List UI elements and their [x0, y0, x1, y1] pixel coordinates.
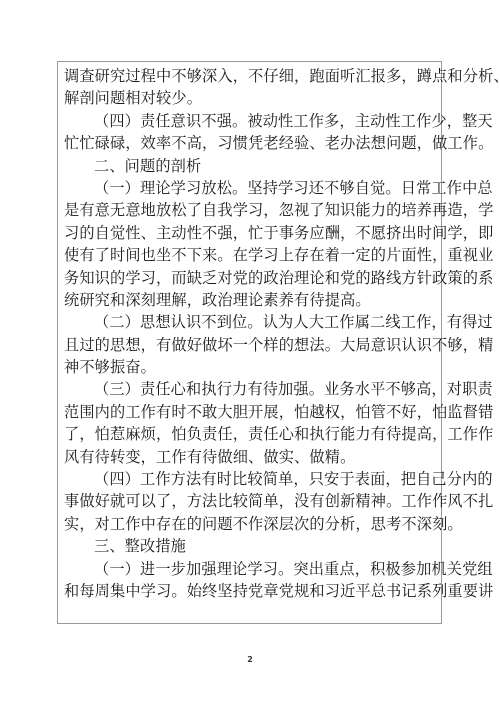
text-line: 解剖问题相对较少。 — [64, 87, 438, 109]
text-line: 忙忙碌碌，效率不高，习惯凭老经验、老办法想问题，做工作。 — [64, 132, 438, 154]
text-line: 是有意无意地放松了自我学习，忽视了知识能力的培养再造，学 — [64, 199, 438, 221]
page-number: 2 — [0, 655, 500, 664]
text-line: 范围内的工作有时不敢大胆开展，怕越权，怕管不好，怕监督错 — [64, 401, 438, 423]
text-line: （四）工作方法有时比较简单，只安于表面，把自己分内的 — [64, 468, 438, 490]
text-line: 事做好就可以了，方法比较简单，没有创新精神。工作作风不扎 — [64, 490, 438, 512]
text-line: 使有了时间也坐不下来。在学习上存在着一定的片面性，重视业 — [64, 244, 438, 266]
text-line: 三、整改措施 — [64, 535, 438, 557]
text-line: 神不够振奋。 — [64, 356, 438, 378]
document-text-frame: 调查研究过程中不够深入，不仔细，跑面听汇报多，蹲点和分析、解剖问题相对较少。（四… — [57, 61, 442, 624]
text-line: 和每周集中学习。始终坚持党章党规和习近平总书记系列重要讲 — [64, 580, 438, 602]
text-line: 且过的思想，有做好做坏一个样的想法。大局意识认识不够，精 — [64, 334, 438, 356]
text-line: 二、问题的剖析 — [64, 155, 438, 177]
text-line: 统研究和深刻理解，政治理论素养有待提高。 — [64, 289, 438, 311]
text-line: 务知识的学习，而缺乏对党的政治理论和党的路线方针政策的系 — [64, 267, 438, 289]
text-line: 习的自觉性、主动性不强，忙于事务应酬，不愿挤出时间学，即 — [64, 222, 438, 244]
text-line: 风有待转变，工作有待做细、做实、做精。 — [64, 446, 438, 468]
text-line: （一）进一步加强理论学习。突出重点，积极参加机关党组 — [64, 558, 438, 580]
text-line: 调查研究过程中不够深入，不仔细，跑面听汇报多，蹲点和分析、 — [64, 65, 438, 87]
text-line: （一）理论学习放松。坚持学习还不够自觉。日常工作中总 — [64, 177, 438, 199]
text-line: 了，怕惹麻烦，怕负责任，责任心和执行能力有待提高，工作作 — [64, 423, 438, 445]
text-line: 实，对工作中存在的问题不作深层次的分析，思考不深刻。 — [64, 513, 438, 535]
document-body: 调查研究过程中不够深入，不仔细，跑面听汇报多，蹲点和分析、解剖问题相对较少。（四… — [64, 65, 438, 602]
text-line: （二）思想认识不到位。认为人大工作属二线工作，有得过 — [64, 311, 438, 333]
text-line: （三）责任心和执行力有待加强。业务水平不够高，对职责 — [64, 378, 438, 400]
text-line: （四）责任意识不强。被动性工作多，主动性工作少，整天 — [64, 110, 438, 132]
